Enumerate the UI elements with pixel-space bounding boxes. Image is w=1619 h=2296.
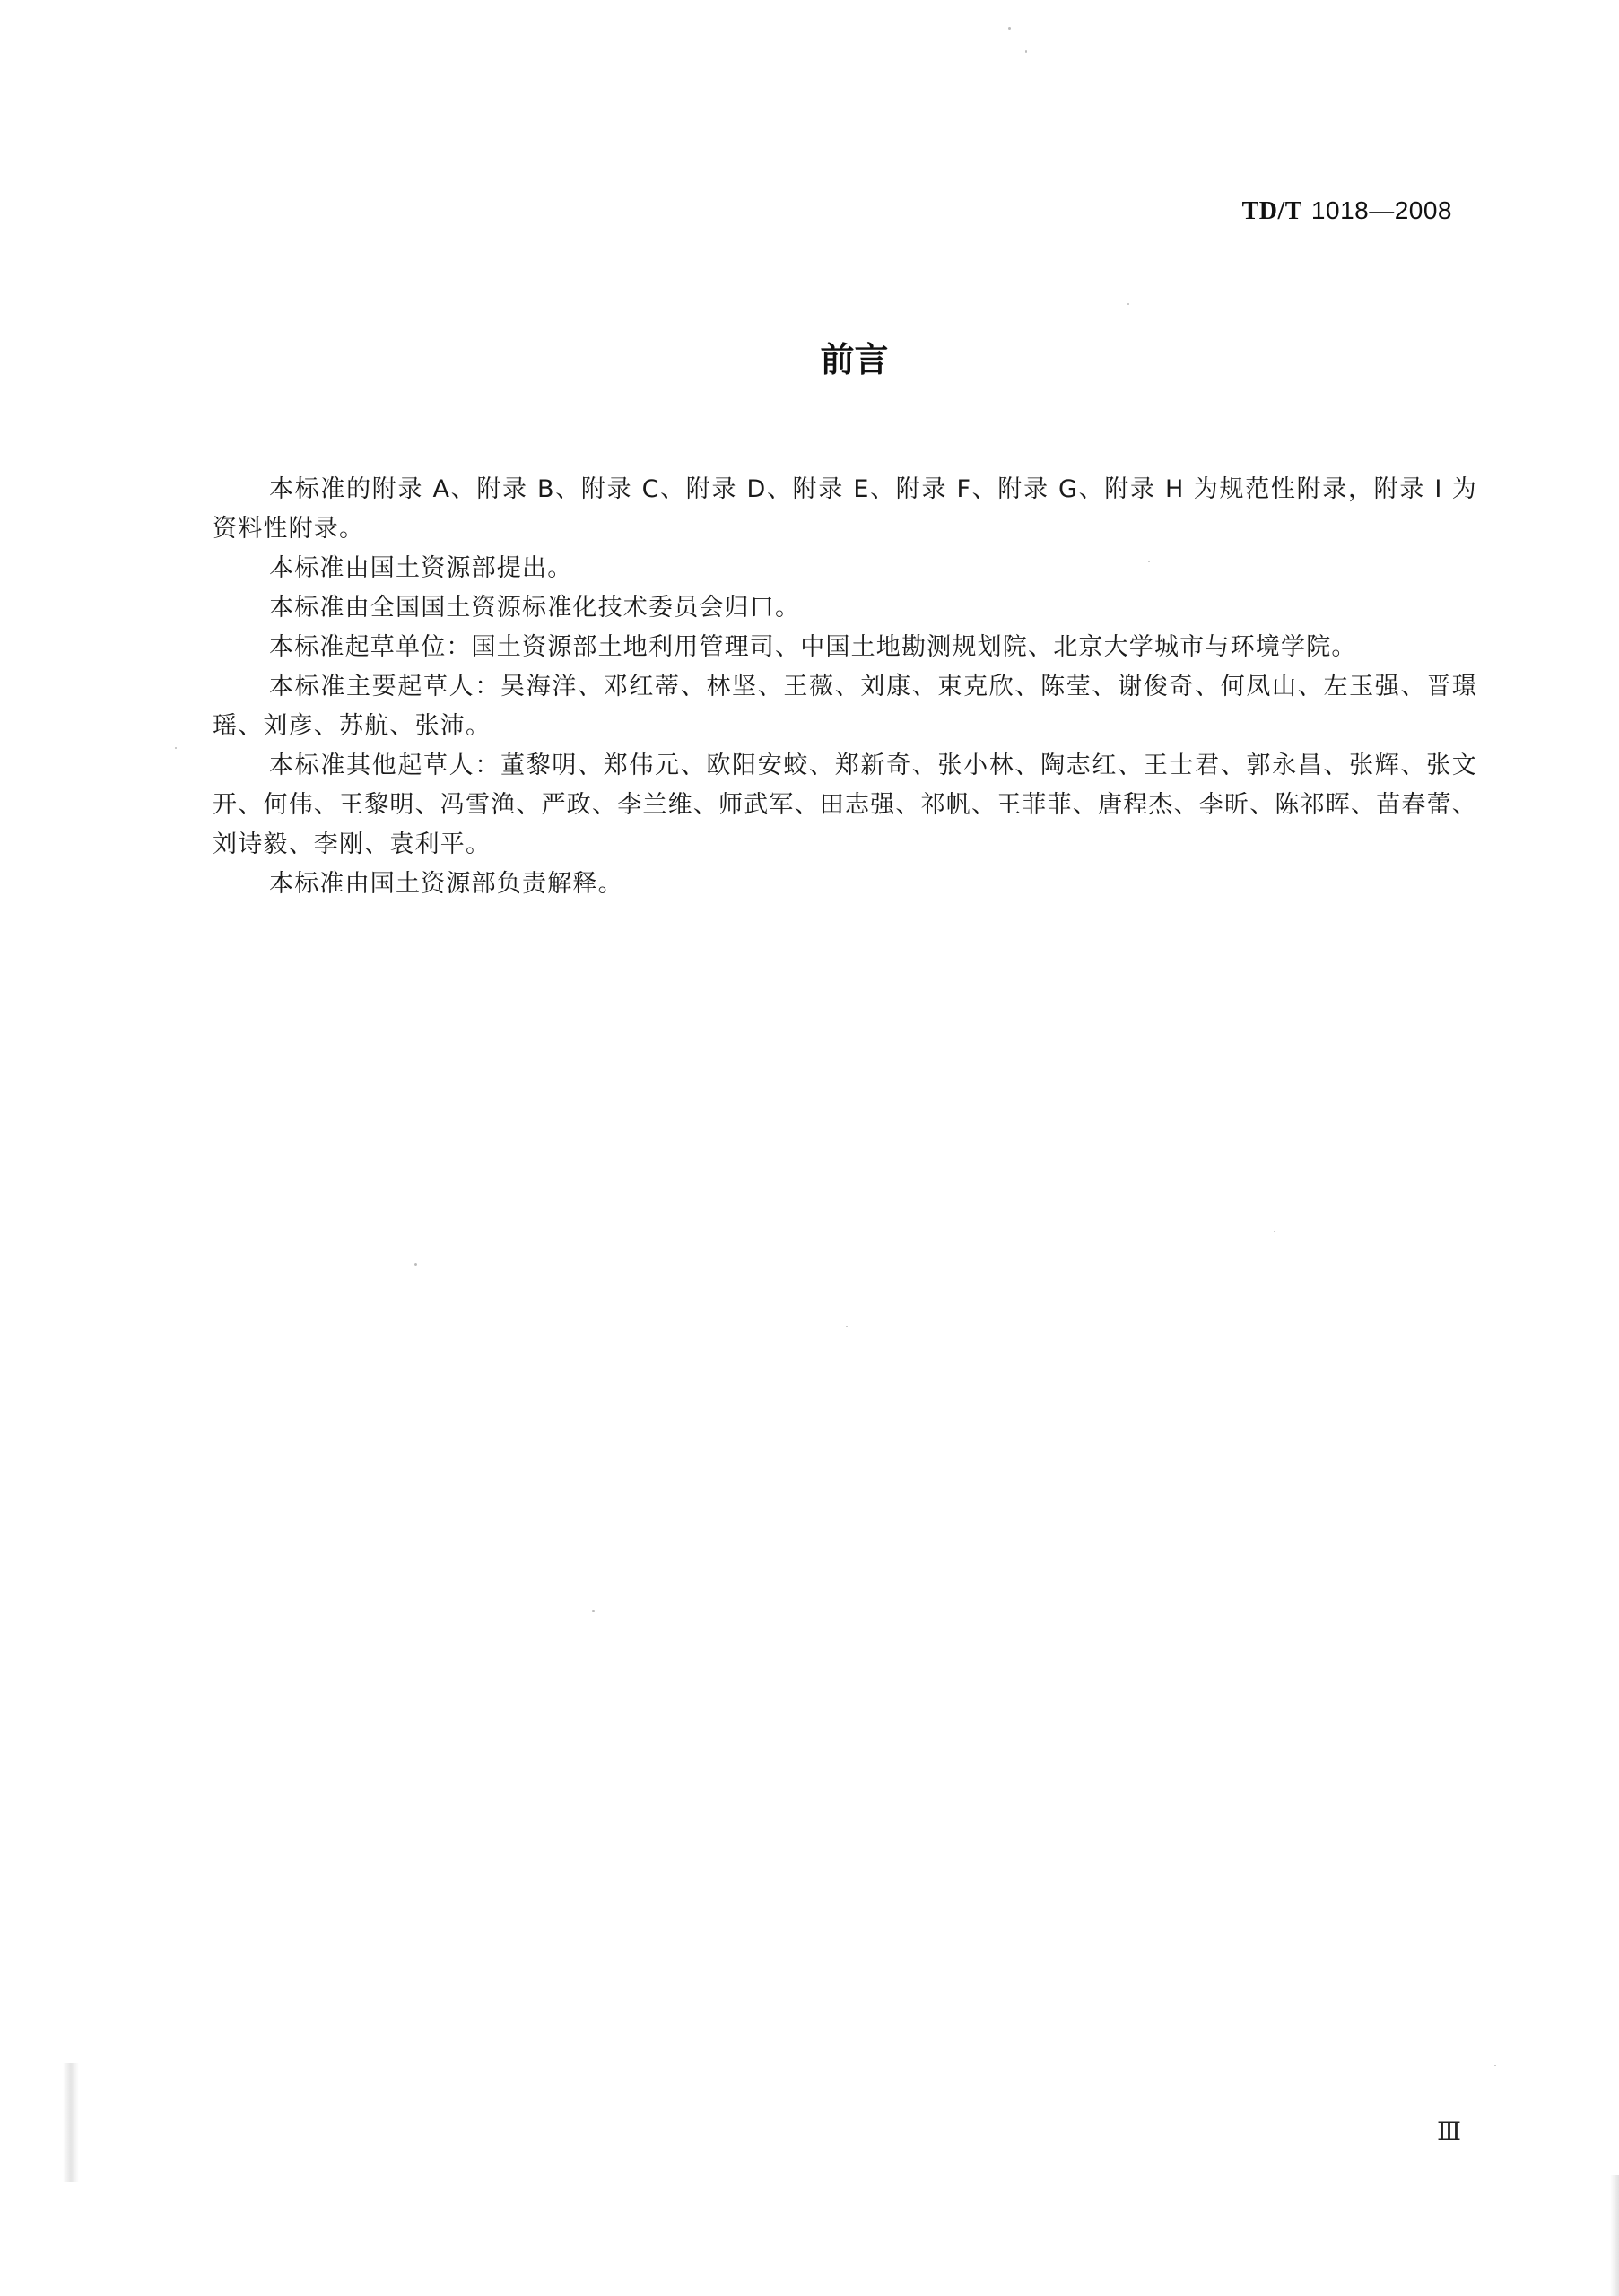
paragraph-appendices: 本标准的附录 A、附录 B、附录 C、附录 D、附录 E、附录 F、附录 G、附…	[213, 470, 1477, 549]
standard-code: TD/T1018—2008	[1242, 196, 1452, 226]
document-page: TD/T1018—2008 前言 本标准的附录 A、附录 B、附录 C、附录 D…	[0, 0, 1619, 2296]
scan-speck	[592, 1610, 595, 1612]
standard-prefix: TD/T	[1242, 197, 1302, 225]
scan-edge-shadow	[63, 2063, 79, 2182]
foreword-body: 本标准的附录 A、附录 B、附录 C、附录 D、附录 E、附录 F、附录 G、附…	[213, 470, 1477, 904]
page-title: 前言	[0, 332, 1619, 381]
scan-speck	[1494, 2065, 1496, 2066]
scan-speck	[414, 1263, 417, 1266]
paragraph-other-drafters: 本标准其他起草人：董黎明、郑伟元、欧阳安蛟、郑新奇、张小林、陶志红、王士君、郭永…	[213, 746, 1477, 865]
standard-number: 1018—2008	[1311, 196, 1452, 224]
scan-speck	[175, 747, 177, 749]
scan-edge-shadow	[1610, 2175, 1619, 2296]
paragraph-main-drafters: 本标准主要起草人：吴海洋、邓红蒂、林坚、王薇、刘康、束克欣、陈莹、谢俊奇、何凤山…	[213, 667, 1477, 746]
paragraph-proposer: 本标准由国土资源部提出。	[213, 549, 1477, 588]
scan-speck	[1008, 27, 1011, 30]
paragraph-technical-committee: 本标准由全国国土资源标准化技术委员会归口。	[213, 588, 1477, 628]
title-char-2: 言	[855, 340, 889, 379]
scan-speck	[1148, 561, 1150, 562]
scan-speck	[1274, 1231, 1275, 1232]
scan-speck	[1127, 303, 1129, 305]
paragraph-interpretation: 本标准由国土资源部负责解释。	[213, 865, 1477, 904]
scan-speck	[846, 1326, 848, 1327]
scan-speck	[1025, 50, 1027, 53]
paragraph-drafting-units: 本标准起草单位：国土资源部土地利用管理司、中国土地勘测规划院、北京大学城市与环境…	[213, 628, 1477, 667]
page-number: Ⅲ	[1437, 2117, 1461, 2147]
title-char-1: 前	[820, 340, 854, 379]
